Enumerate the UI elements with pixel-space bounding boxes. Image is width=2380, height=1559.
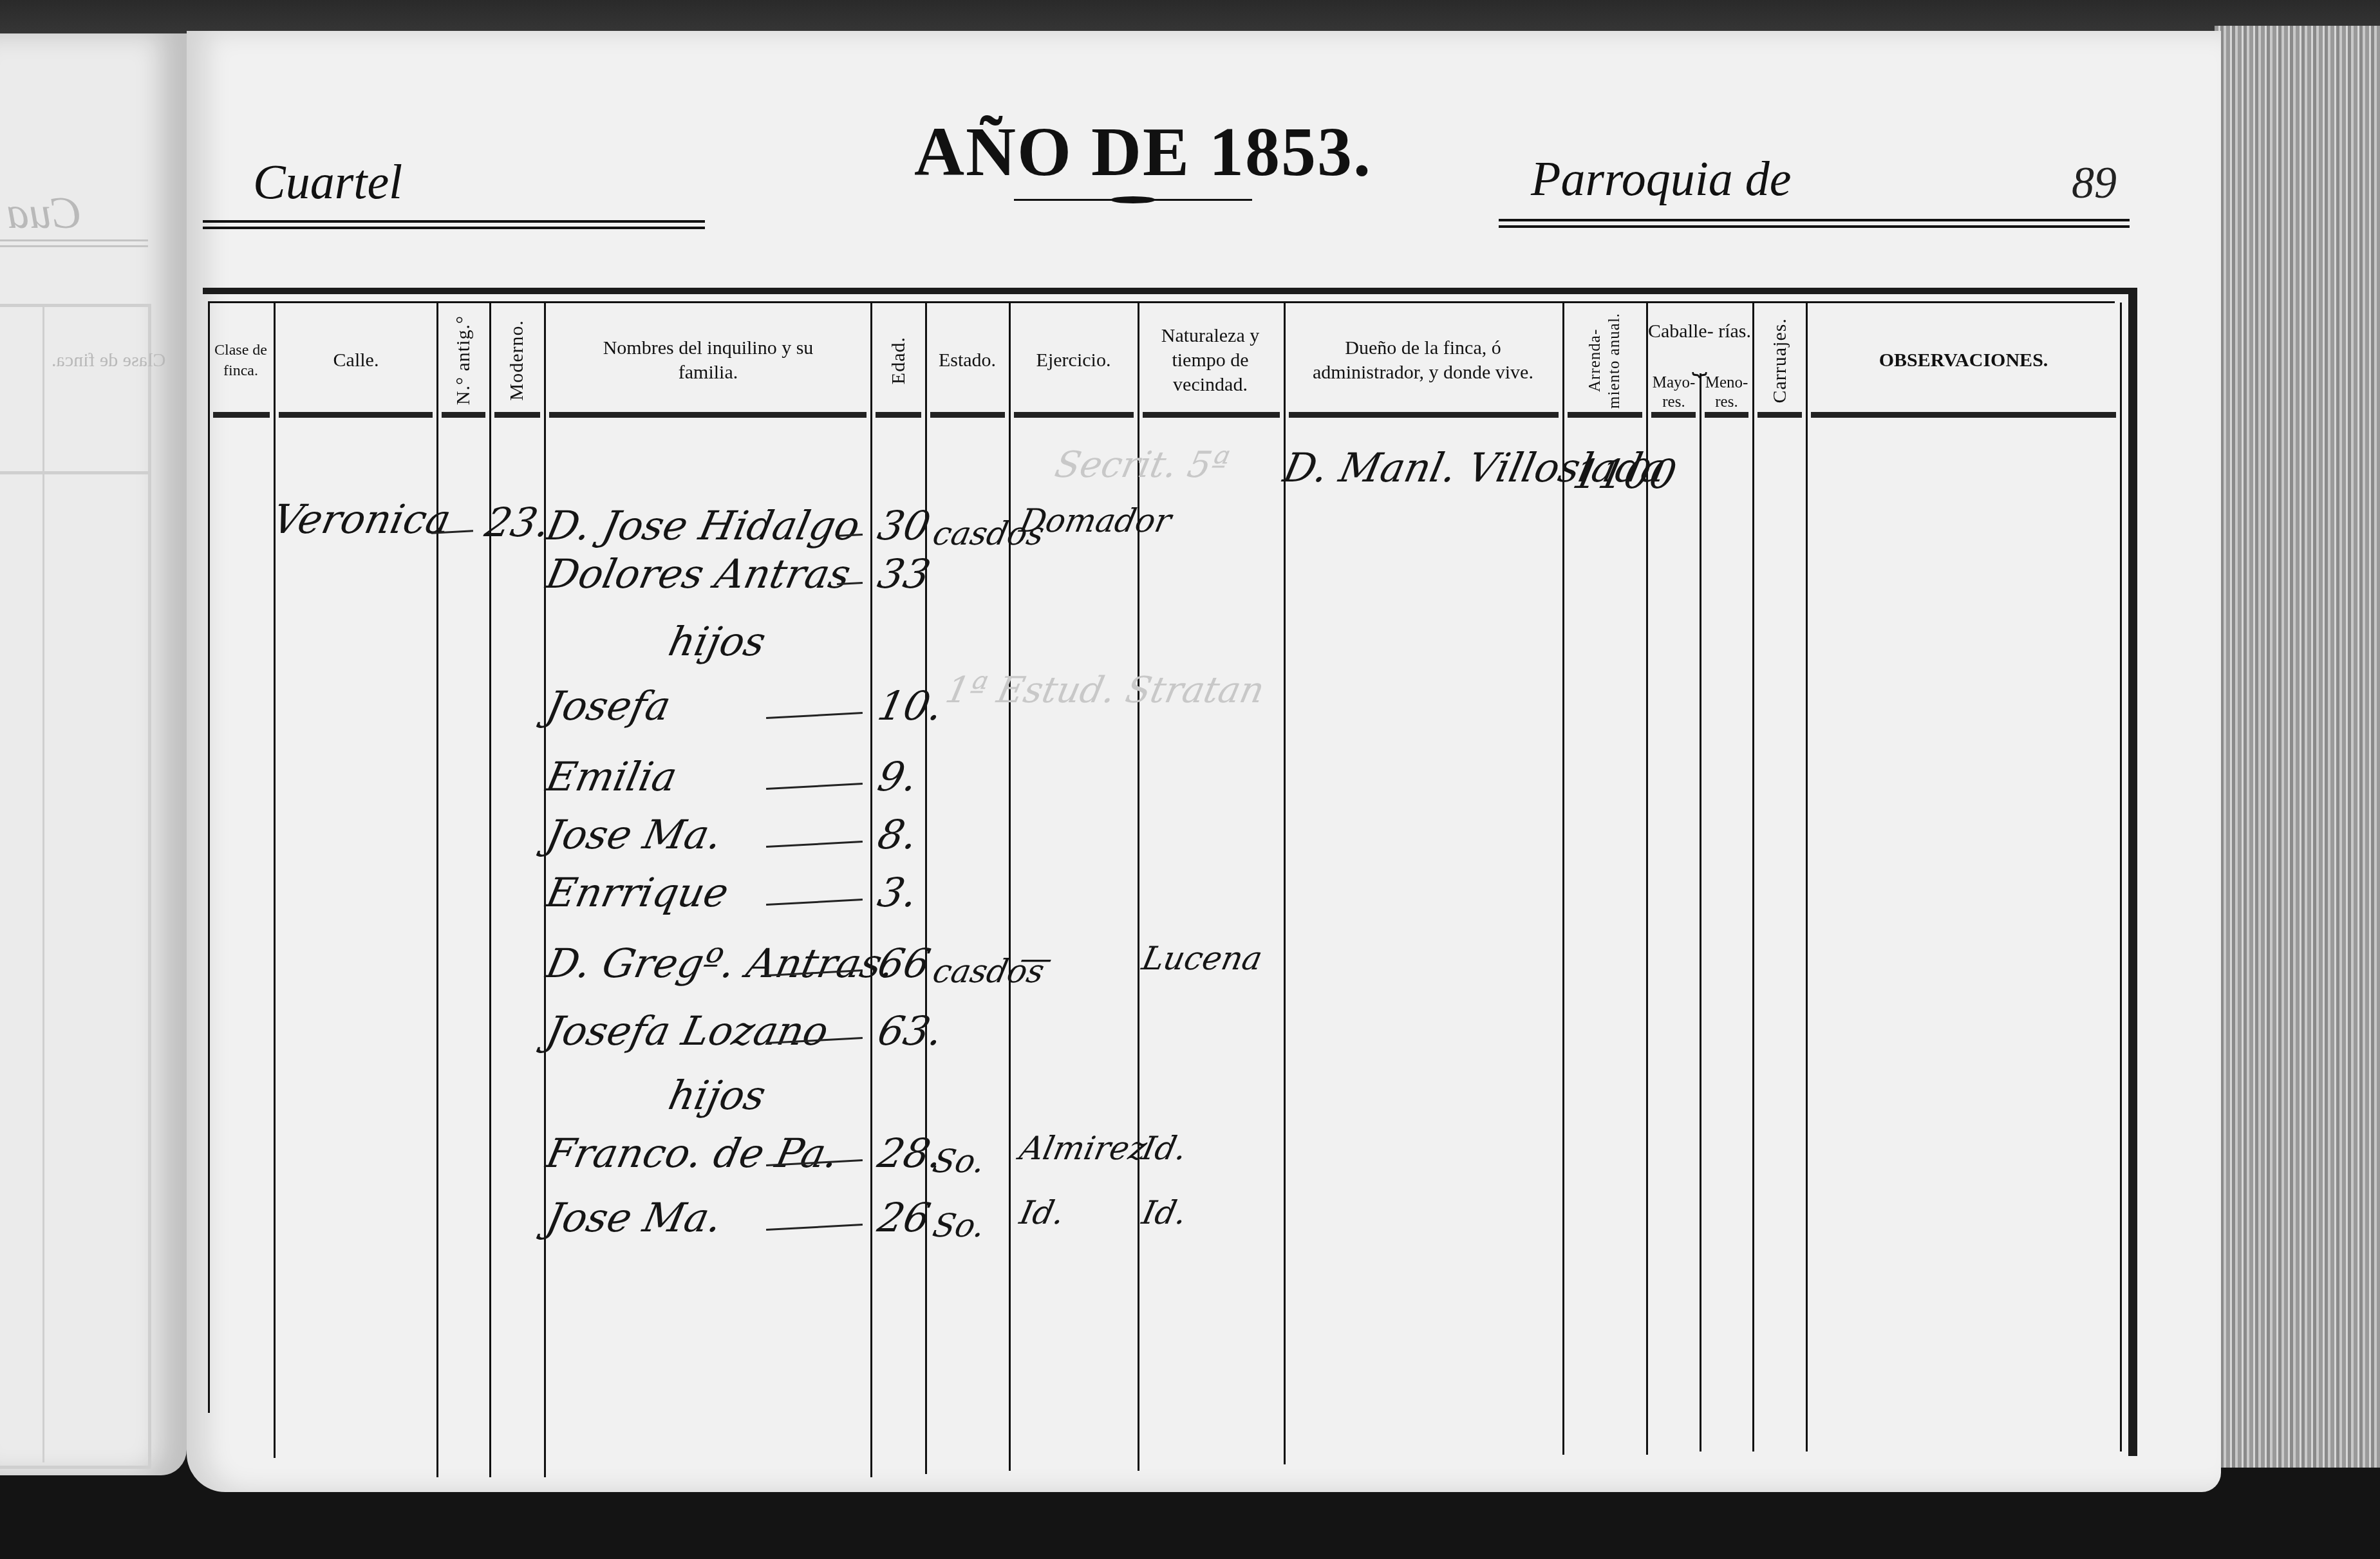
header-rule-segment bbox=[1143, 412, 1280, 418]
header-rule-segment bbox=[876, 412, 921, 418]
bleed-through-header-rule bbox=[0, 471, 148, 474]
entry-nombre: Jose Ma. bbox=[542, 811, 726, 858]
page-stack-edges bbox=[2215, 26, 2380, 1468]
entry-estado: So. bbox=[930, 1207, 989, 1244]
header-observaciones: OBSERVACIONES. bbox=[1809, 309, 2118, 412]
header-naturaleza: Naturaleza y tiempo de vecindad. bbox=[1139, 309, 1281, 412]
header-rule-segment bbox=[442, 412, 485, 418]
table-inner-rule bbox=[208, 301, 2115, 303]
column-line bbox=[1009, 303, 1011, 1471]
column-line bbox=[1806, 303, 1808, 1452]
header-rule-segment bbox=[549, 412, 867, 418]
header-dueno-text: Dueño de la finca, ó administrador, y do… bbox=[1299, 336, 1547, 385]
header-edad: Edad. bbox=[873, 309, 924, 412]
header-rule-segment bbox=[930, 412, 1005, 418]
entry-nombre: hijos bbox=[664, 618, 770, 665]
entry-naturaleza: Id. bbox=[1139, 1194, 1190, 1231]
entry-edad: 30 bbox=[874, 502, 934, 549]
entry-arrendamiento: 1100 bbox=[1569, 451, 1680, 498]
entry-edad: 33 bbox=[874, 550, 934, 597]
previous-page: Cua Clase de finca. bbox=[0, 33, 187, 1475]
caballerias-brace: ⏟ bbox=[1648, 354, 1751, 369]
header-clase-finca: Clase de finca. bbox=[210, 309, 272, 412]
header-arrendamiento: Arrenda- miento anual. bbox=[1564, 309, 1645, 412]
entry-edad: 63. bbox=[874, 1007, 947, 1054]
header-num-moderno-text: Moderno. bbox=[505, 320, 529, 400]
header-rule-segment bbox=[279, 412, 433, 418]
header-num-antiguo: N.° antig.° bbox=[438, 309, 489, 412]
bleed-through-ink: Secrit. 5ª bbox=[1051, 444, 1233, 486]
header-calle-text: Calle. bbox=[333, 348, 379, 373]
header-mayores-text: Mayo- res. bbox=[1648, 373, 1700, 412]
column-line bbox=[2120, 303, 2122, 1452]
bleed-through-cuartel: Cua bbox=[6, 188, 82, 239]
column-line bbox=[1752, 303, 1754, 1452]
header-rule-segment bbox=[1014, 412, 1134, 418]
entry-ejercicio: Id. bbox=[1017, 1194, 1068, 1231]
header-rule-segment bbox=[1289, 412, 1559, 418]
header-carruajes: Carruajes. bbox=[1754, 309, 1806, 412]
header-estado-text: Estado. bbox=[939, 348, 996, 373]
column-line bbox=[1700, 373, 1701, 1452]
entry-naturaleza: Id. bbox=[1139, 1130, 1190, 1167]
column-line bbox=[208, 303, 210, 1413]
entry-nombre: Jose Ma. bbox=[542, 1194, 726, 1241]
header-rule-segment bbox=[1757, 412, 1802, 418]
header-arrendamiento-text: Arrenda- miento anual. bbox=[1586, 312, 1624, 409]
entry-calle: Veronica bbox=[268, 496, 455, 543]
header-menores-text: Meno- res. bbox=[1701, 373, 1752, 412]
header-naturaleza-text: Naturaleza y tiempo de vecindad. bbox=[1159, 324, 1262, 397]
header-calle: Calle. bbox=[276, 309, 436, 412]
entry-nombre: Josefa bbox=[542, 682, 675, 729]
column-line bbox=[925, 303, 927, 1474]
entry-nombre: Emilia bbox=[542, 753, 681, 800]
column-line bbox=[544, 303, 546, 1477]
parroquia-label: Parroquia de bbox=[1531, 151, 1792, 207]
bleed-through-column-line bbox=[42, 304, 44, 1462]
entry-nombre: Dolores Antras bbox=[542, 550, 855, 597]
bleed-through-table bbox=[0, 304, 151, 1469]
column-line bbox=[489, 303, 491, 1477]
cuartel-label: Cuartel bbox=[253, 154, 402, 210]
header-observaciones-text: OBSERVACIONES. bbox=[1879, 348, 2048, 373]
page-title: AÑO DE 1853. bbox=[914, 113, 1372, 192]
column-line bbox=[436, 303, 438, 1477]
header-rule-segment bbox=[494, 412, 540, 418]
entry-edad: 26 bbox=[874, 1194, 934, 1241]
column-line bbox=[870, 303, 872, 1477]
header-nombres-text: Nombres del inquilino y su familia. bbox=[573, 336, 843, 385]
header-rule-segment bbox=[1568, 412, 1642, 418]
folio-number: 89 bbox=[2072, 158, 2117, 209]
entry-edad: 10. bbox=[874, 682, 947, 729]
bleed-through-rule bbox=[0, 239, 148, 247]
entry-nombre: Franco. de Pa. bbox=[542, 1130, 843, 1177]
parroquia-rule bbox=[1499, 219, 2130, 228]
entry-estado: So. bbox=[930, 1143, 989, 1180]
header-rule-segment bbox=[213, 412, 270, 418]
header-rule-segment bbox=[1705, 412, 1748, 418]
header-dueno: Dueño de la finca, ó administrador, y do… bbox=[1286, 309, 1560, 412]
header-edad-text: Edad. bbox=[886, 337, 911, 384]
header-estado: Estado. bbox=[927, 309, 1007, 412]
header-num-antiguo-text: N.° antig.° bbox=[451, 315, 476, 405]
entry-nombre: Josefa Lozano bbox=[542, 1007, 832, 1054]
entry-edad: 66 bbox=[874, 940, 934, 987]
header-carruajes-text: Carruajes. bbox=[1768, 318, 1792, 403]
column-line bbox=[274, 303, 276, 1458]
entry-nombre: D. Gregº. Antras. bbox=[542, 940, 899, 987]
header-num-moderno: Moderno. bbox=[491, 309, 543, 412]
entry-ejercicio: Almirez bbox=[1017, 1130, 1150, 1167]
header-clase-finca-text: Clase de finca. bbox=[210, 340, 272, 381]
entry-naturaleza: Lucena bbox=[1139, 940, 1266, 977]
title-ornament bbox=[1014, 196, 1252, 203]
header-nombres: Nombres del inquilino y su familia. bbox=[547, 309, 869, 412]
entry-num-moderno: 23. bbox=[481, 499, 554, 546]
header-rule-segment bbox=[1651, 412, 1696, 418]
header-mayores: Mayo- res. bbox=[1648, 373, 1700, 412]
header-ejercicio-text: Ejercicio. bbox=[1036, 348, 1111, 373]
cuartel-rule bbox=[203, 220, 705, 229]
bleed-through-ink: 1ª Estud. Stratan bbox=[942, 669, 1268, 711]
bleed-through-clase-label: Clase de finca. bbox=[52, 349, 165, 372]
entry-nombre: hijos bbox=[664, 1072, 770, 1119]
header-menores: Meno- res. bbox=[1701, 373, 1752, 412]
entry-nombre: Enrrique bbox=[542, 869, 733, 916]
header-rule-segment bbox=[1811, 412, 2116, 418]
header-caballerias-text: Caballe- rías. bbox=[1648, 319, 1751, 344]
entry-nombre: D. Jose Hidalgo bbox=[542, 502, 864, 549]
entry-ejercicio: Domador bbox=[1017, 502, 1175, 539]
header-ejercicio: Ejercicio. bbox=[1011, 309, 1136, 412]
